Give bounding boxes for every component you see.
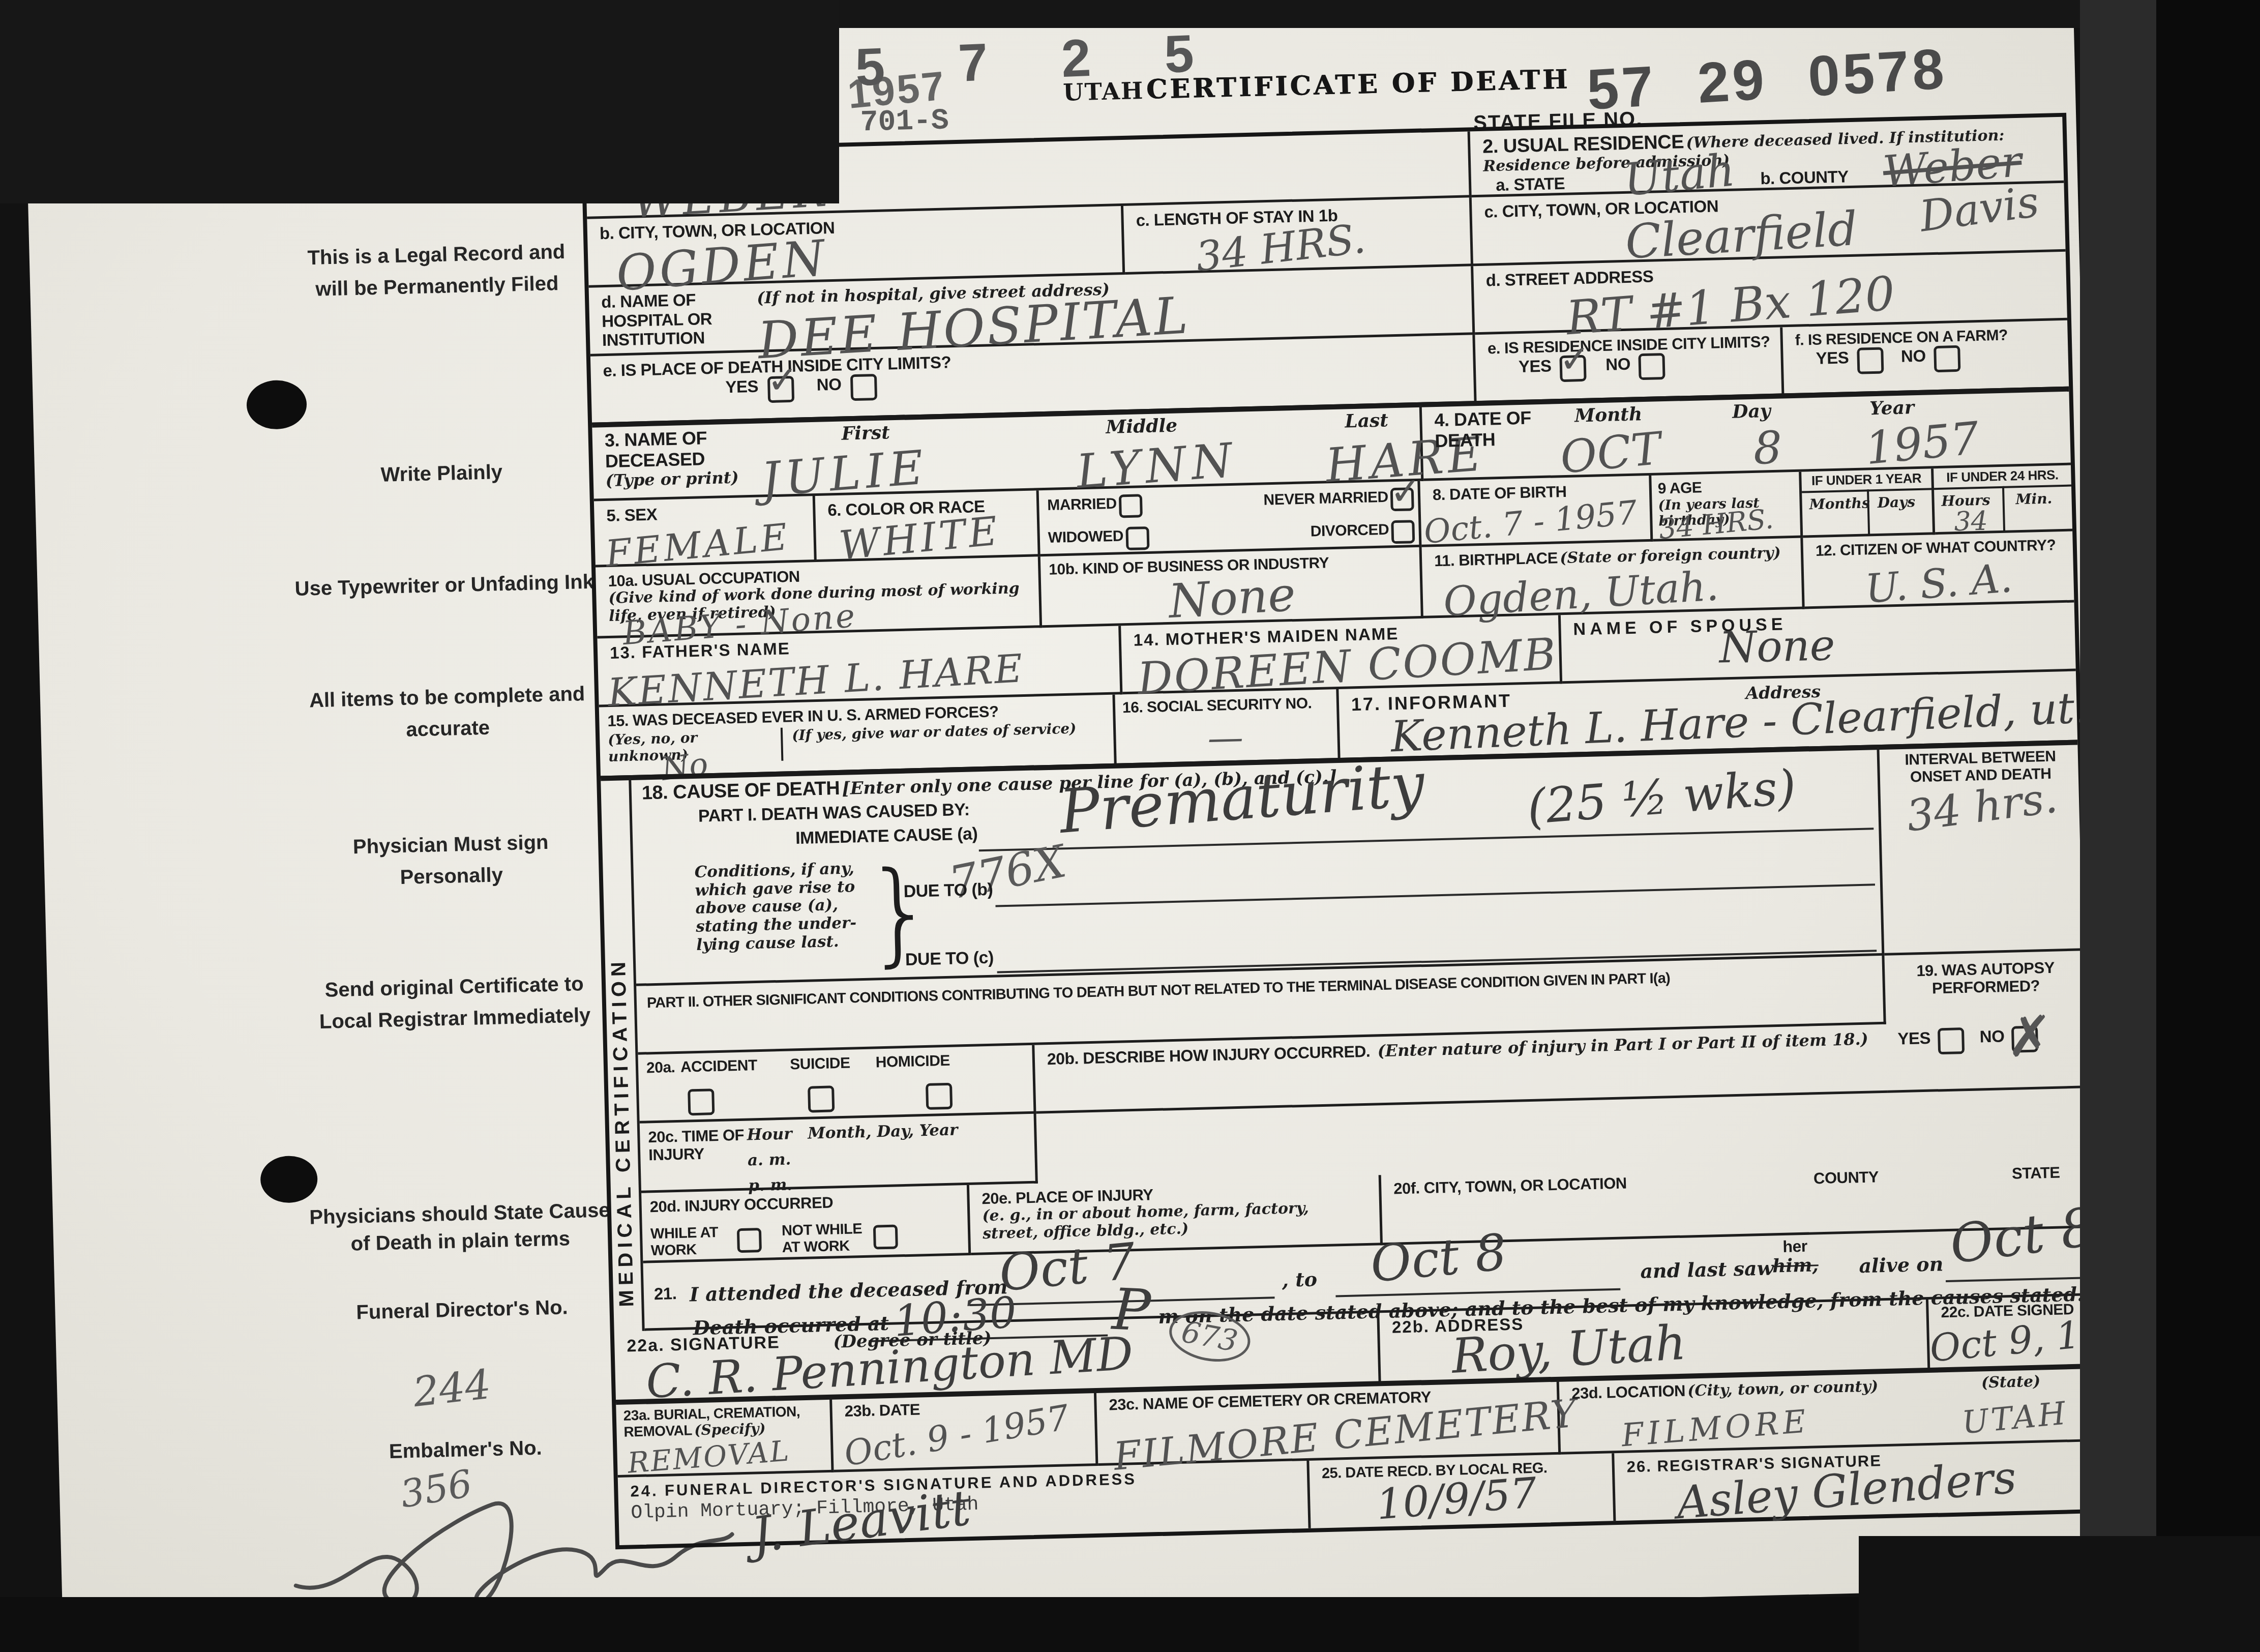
margin-note-complete: All items to be complete and accurate xyxy=(304,678,590,748)
field-date-signed: 22c. DATE SIGNED Oct 9, 1957 xyxy=(1928,1295,2093,1371)
field-injury-occurred: 20d. INJURY OCCURRED WHILE AT WORK NOT W… xyxy=(641,1185,971,1263)
checkbox-autopsy-yes[interactable] xyxy=(1938,1027,1965,1054)
punch-hole-top xyxy=(246,379,307,430)
checkbox-never-married[interactable]: ✓ xyxy=(1390,487,1414,511)
margin-note-physician-sign: Physician Must sign Personally xyxy=(308,825,594,896)
margin-note-send-original: Send original Certificate to Local Regis… xyxy=(311,968,598,1038)
field-fathers-name: 13. FATHER'S NAME KENNETH L. HARE xyxy=(597,626,1122,707)
field-autopsy-performed: 19. WAS AUTOPSY PERFORMED? YES NO ✗ xyxy=(1884,951,2086,1093)
field-cause-of-death: 18. CAUSE OF DEATH [Enter only one cause… xyxy=(631,747,1884,986)
checkbox-death-limits-yes[interactable]: ✓ xyxy=(767,376,794,403)
field-burial-date: 23b. DATE Oct. 9 - 1957 xyxy=(832,1391,1098,1472)
field-date-of-birth: 8. DATE OF BIRTH Oct. 7 - 1957 xyxy=(1420,476,1653,547)
field-marital-status: MARRIED NEVER MARRIED ✓ WIDOWED DIVORCED xyxy=(1039,481,1422,556)
checkbox-divorced[interactable] xyxy=(1391,520,1415,544)
film-edge-right-inner xyxy=(2080,0,2157,1652)
checkbox-accident[interactable] xyxy=(688,1088,715,1115)
film-edge-bottom-right xyxy=(1859,1536,2260,1652)
field-cemetery-name: 23c. NAME OF CEMETERY OR CREMATORY FILMO… xyxy=(1096,1380,1561,1466)
checkbox-res-limits-no[interactable] xyxy=(1639,353,1666,380)
field-city-of-death: b. CITY, TOWN, OR LOCATION OGDEN xyxy=(587,206,1125,288)
field-residence-inside-city-limits: e. IS RESIDENCE INSIDE CITY LIMITS? YES … xyxy=(1475,327,1784,403)
field-date-received: 25. DATE RECD. BY LOCAL REG. 10/9/57 xyxy=(1309,1453,1616,1528)
field-sex: 5. SEX FEMALE xyxy=(594,496,817,568)
checkbox-suicide[interactable] xyxy=(808,1086,835,1113)
field-color-or-race: 6. COLOR OR RACE WHITE xyxy=(815,490,1040,562)
margin-note-legal-record: This is a Legal Record and will be Perma… xyxy=(293,235,580,306)
checkbox-death-limits-no[interactable] xyxy=(850,374,877,401)
field-length-of-stay: c. LENGTH OF STAY IN 1b 34 HRS. xyxy=(1123,197,1473,275)
checkbox-married[interactable] xyxy=(1119,494,1143,518)
film-edge-top-left xyxy=(0,0,839,203)
funeral-directors-no-value: 244 xyxy=(411,1364,493,1413)
registrar-no-value: 701-S xyxy=(860,104,949,139)
certificate-paper: This is a Legal Record and will be Perma… xyxy=(24,0,2112,1637)
punch-hole-bottom xyxy=(260,1155,318,1203)
checkbox-farm-no[interactable] xyxy=(1934,345,1961,372)
field-citizen-of-country: 12. CITIZEN OF WHAT COUNTRY? U. S. A. xyxy=(1803,532,2074,609)
funeral-directors-no-label: Funeral Director's No. xyxy=(319,1293,605,1327)
margin-note-cause-terms: Physicians should State Cause of Death i… xyxy=(296,1196,623,1259)
field-usual-residence: 2. USUAL RESIDENCE (Where deceased lived… xyxy=(1470,117,2064,197)
field-time-of-injury: 20c. TIME OF INJURY Hour a. m. p. m. Mon… xyxy=(640,1114,1038,1193)
field-usual-occupation: 10a. USUAL OCCUPATION (Give kind of work… xyxy=(596,556,1042,638)
checkbox-not-while-at-work[interactable] xyxy=(873,1225,898,1250)
checkbox-while-at-work[interactable] xyxy=(737,1228,762,1253)
field-interval-onset-death: INTERVAL BETWEEN ONSET AND DEATH 34 hrs. xyxy=(1879,742,2083,955)
checkbox-widowed[interactable] xyxy=(1125,526,1149,550)
field-residence-on-farm: f. IS RESIDENCE ON A FARM? YES NO xyxy=(1782,320,2069,396)
field-accident-suicide-homicide: 20a. ACCIDENT SUICIDE HOMICIDE xyxy=(638,1045,1036,1124)
checkbox-res-limits-yes[interactable]: ✓ xyxy=(1559,355,1586,382)
checkbox-farm-yes[interactable] xyxy=(1857,347,1884,374)
field-age: 9 AGE (In years last birthday) 34 HRS. xyxy=(1651,472,1803,542)
margin-note-typewriter: Use Typewriter or Unfading Ink xyxy=(286,566,602,605)
field-cemetery-location: 23d. LOCATION (City, town, or county) (S… xyxy=(1559,1367,2095,1455)
scanned-death-certificate: This is a Legal Record and will be Perma… xyxy=(0,0,2260,1652)
field-burial-removal: 23a. BURIAL, CREMATION, REMOVAL (Specify… xyxy=(616,1398,834,1478)
state-file-no-value: 57 29 0578 xyxy=(1585,36,1949,123)
certificate-form: 1. PLACE OF DEATH a. COUNTY WEBER 2. USU… xyxy=(581,113,2100,1550)
checkbox-homicide[interactable] xyxy=(926,1083,953,1110)
margin-note-write-plainly: Write Plainly xyxy=(299,454,584,493)
field-if-under-1-year: IF UNDER 1 YEAR Months Days xyxy=(1801,468,1935,538)
field-name-of-spouse: NAME OF SPOUSE None xyxy=(1561,603,2076,684)
field-mothers-maiden-name: 14. MOTHER'S MAIDEN NAME DOREEN COOMB xyxy=(1121,615,1562,694)
field-kind-of-business: 10b. KIND OF BUSINESS OR INDUSTRY None xyxy=(1040,547,1423,628)
field-if-under-24-hrs: IF UNDER 24 HRS. Hours Min. 34 xyxy=(1934,465,2072,535)
checkbox-autopsy-no[interactable]: ✗ xyxy=(2011,1025,2038,1052)
field-birthplace: 11. BIRTHPLACE (State or foreign country… xyxy=(1422,538,1805,618)
field-social-security-no: 16. SOCIAL SECURITY NO. — xyxy=(1115,689,1340,766)
field-registrar-signature: 26. REGISTRAR'S SIGNATURE Asley Glenders xyxy=(1614,1441,2096,1521)
film-edge-right-outer xyxy=(2156,0,2260,1652)
